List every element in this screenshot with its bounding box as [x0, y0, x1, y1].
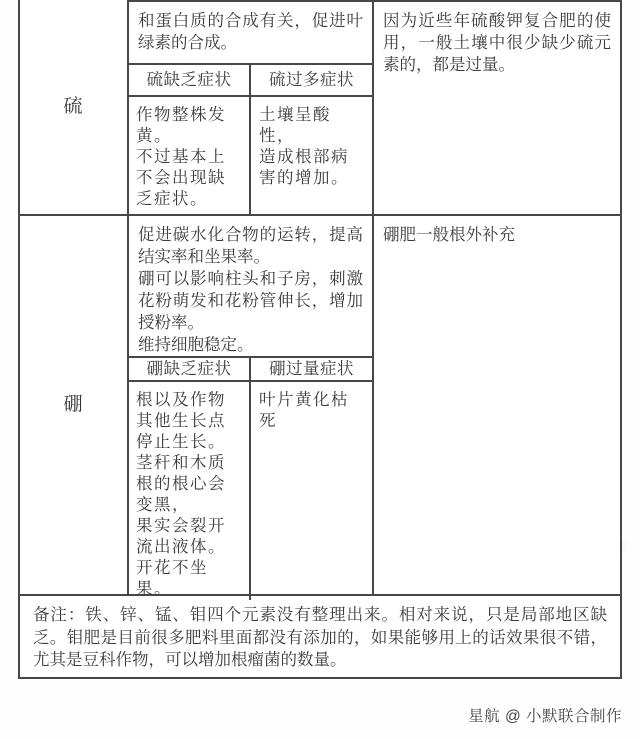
- excess-symptoms-boron: 叶片黄化枯 死: [251, 382, 372, 600]
- nutrient-table: 硫 和蛋白质的合成有关，促进叶绿素的合成。 硫缺乏症状 硫过多症状 作物整株发 …: [18, 0, 622, 679]
- element-cell-boron: 硼: [20, 216, 129, 594]
- symptom-header-row-boron: 硼缺乏症状 硼过量症状: [129, 358, 372, 382]
- symptom-header-row-sulfur: 硫缺乏症状 硫过多症状: [129, 65, 372, 97]
- details-cell-boron: 促进碳水化合物的运转，提高结实率和坐果率。 硼可以影响柱头和子房，刺激花粉萌发和…: [129, 216, 374, 594]
- excess-symptoms-sulfur: 土壤呈酸性， 造成根部病 害的增加。: [251, 97, 372, 214]
- deficiency-header-sulfur: 硫缺乏症状: [129, 65, 251, 95]
- element-cell-sulfur: 硫: [20, 0, 129, 214]
- deficiency-header-boron: 硼缺乏症状: [129, 358, 251, 380]
- note-cell-boron: 硼肥一般根外补充: [374, 216, 620, 594]
- details-cell-sulfur: 和蛋白质的合成有关，促进叶绿素的合成。 硫缺乏症状 硫过多症状 作物整株发 黄。…: [129, 0, 374, 214]
- footnote-cell: 备注：铁、锌、锰、钼四个元素没有整理出来。相对来说，只是局部地区缺乏。钼肥是目前…: [20, 594, 620, 677]
- table-row-sulfur: 硫 和蛋白质的合成有关，促进叶绿素的合成。 硫缺乏症状 硫过多症状 作物整株发 …: [20, 0, 620, 214]
- description-sulfur: 和蛋白质的合成有关，促进叶绿素的合成。: [129, 2, 372, 65]
- credit-text: 星航 @ 小默联合制作: [468, 704, 622, 726]
- element-label-sulfur: 硫: [63, 96, 83, 118]
- excess-header-sulfur: 硫过多症状: [251, 65, 372, 95]
- element-label-boron: 硼: [63, 394, 83, 416]
- excess-header-boron: 硼过量症状: [251, 358, 372, 380]
- page: 星航@小默联合制作 星航@小默联合制作 星航@小默联合制作 星航@小默联合制作 …: [0, 0, 640, 739]
- deficiency-symptoms-boron: 根以及作物 其他生长点 停止生长。 茎秆和木质 根的根心会 变黑， 果实会裂开 …: [129, 382, 251, 600]
- table-row-boron: 硼 促进碳水化合物的运转，提高结实率和坐果率。 硼可以影响柱头和子房，刺激花粉萌…: [20, 214, 620, 594]
- note-cell-sulfur: 因为近些年硫酸钾复合肥的使用，一般土壤中很少缺少硫元素的，都是过量。: [374, 0, 620, 214]
- deficiency-symptoms-sulfur: 作物整株发 黄。 不过基本上 不会出现缺 乏症状。: [129, 97, 251, 214]
- symptom-content-row-sulfur: 作物整株发 黄。 不过基本上 不会出现缺 乏症状。 土壤呈酸性， 造成根部病 害…: [129, 97, 372, 214]
- symptom-content-row-boron: 根以及作物 其他生长点 停止生长。 茎秆和木质 根的根心会 变黑， 果实会裂开 …: [129, 382, 372, 600]
- description-boron: 促进碳水化合物的运转，提高结实率和坐果率。 硼可以影响柱头和子房，刺激花粉萌发和…: [129, 216, 372, 358]
